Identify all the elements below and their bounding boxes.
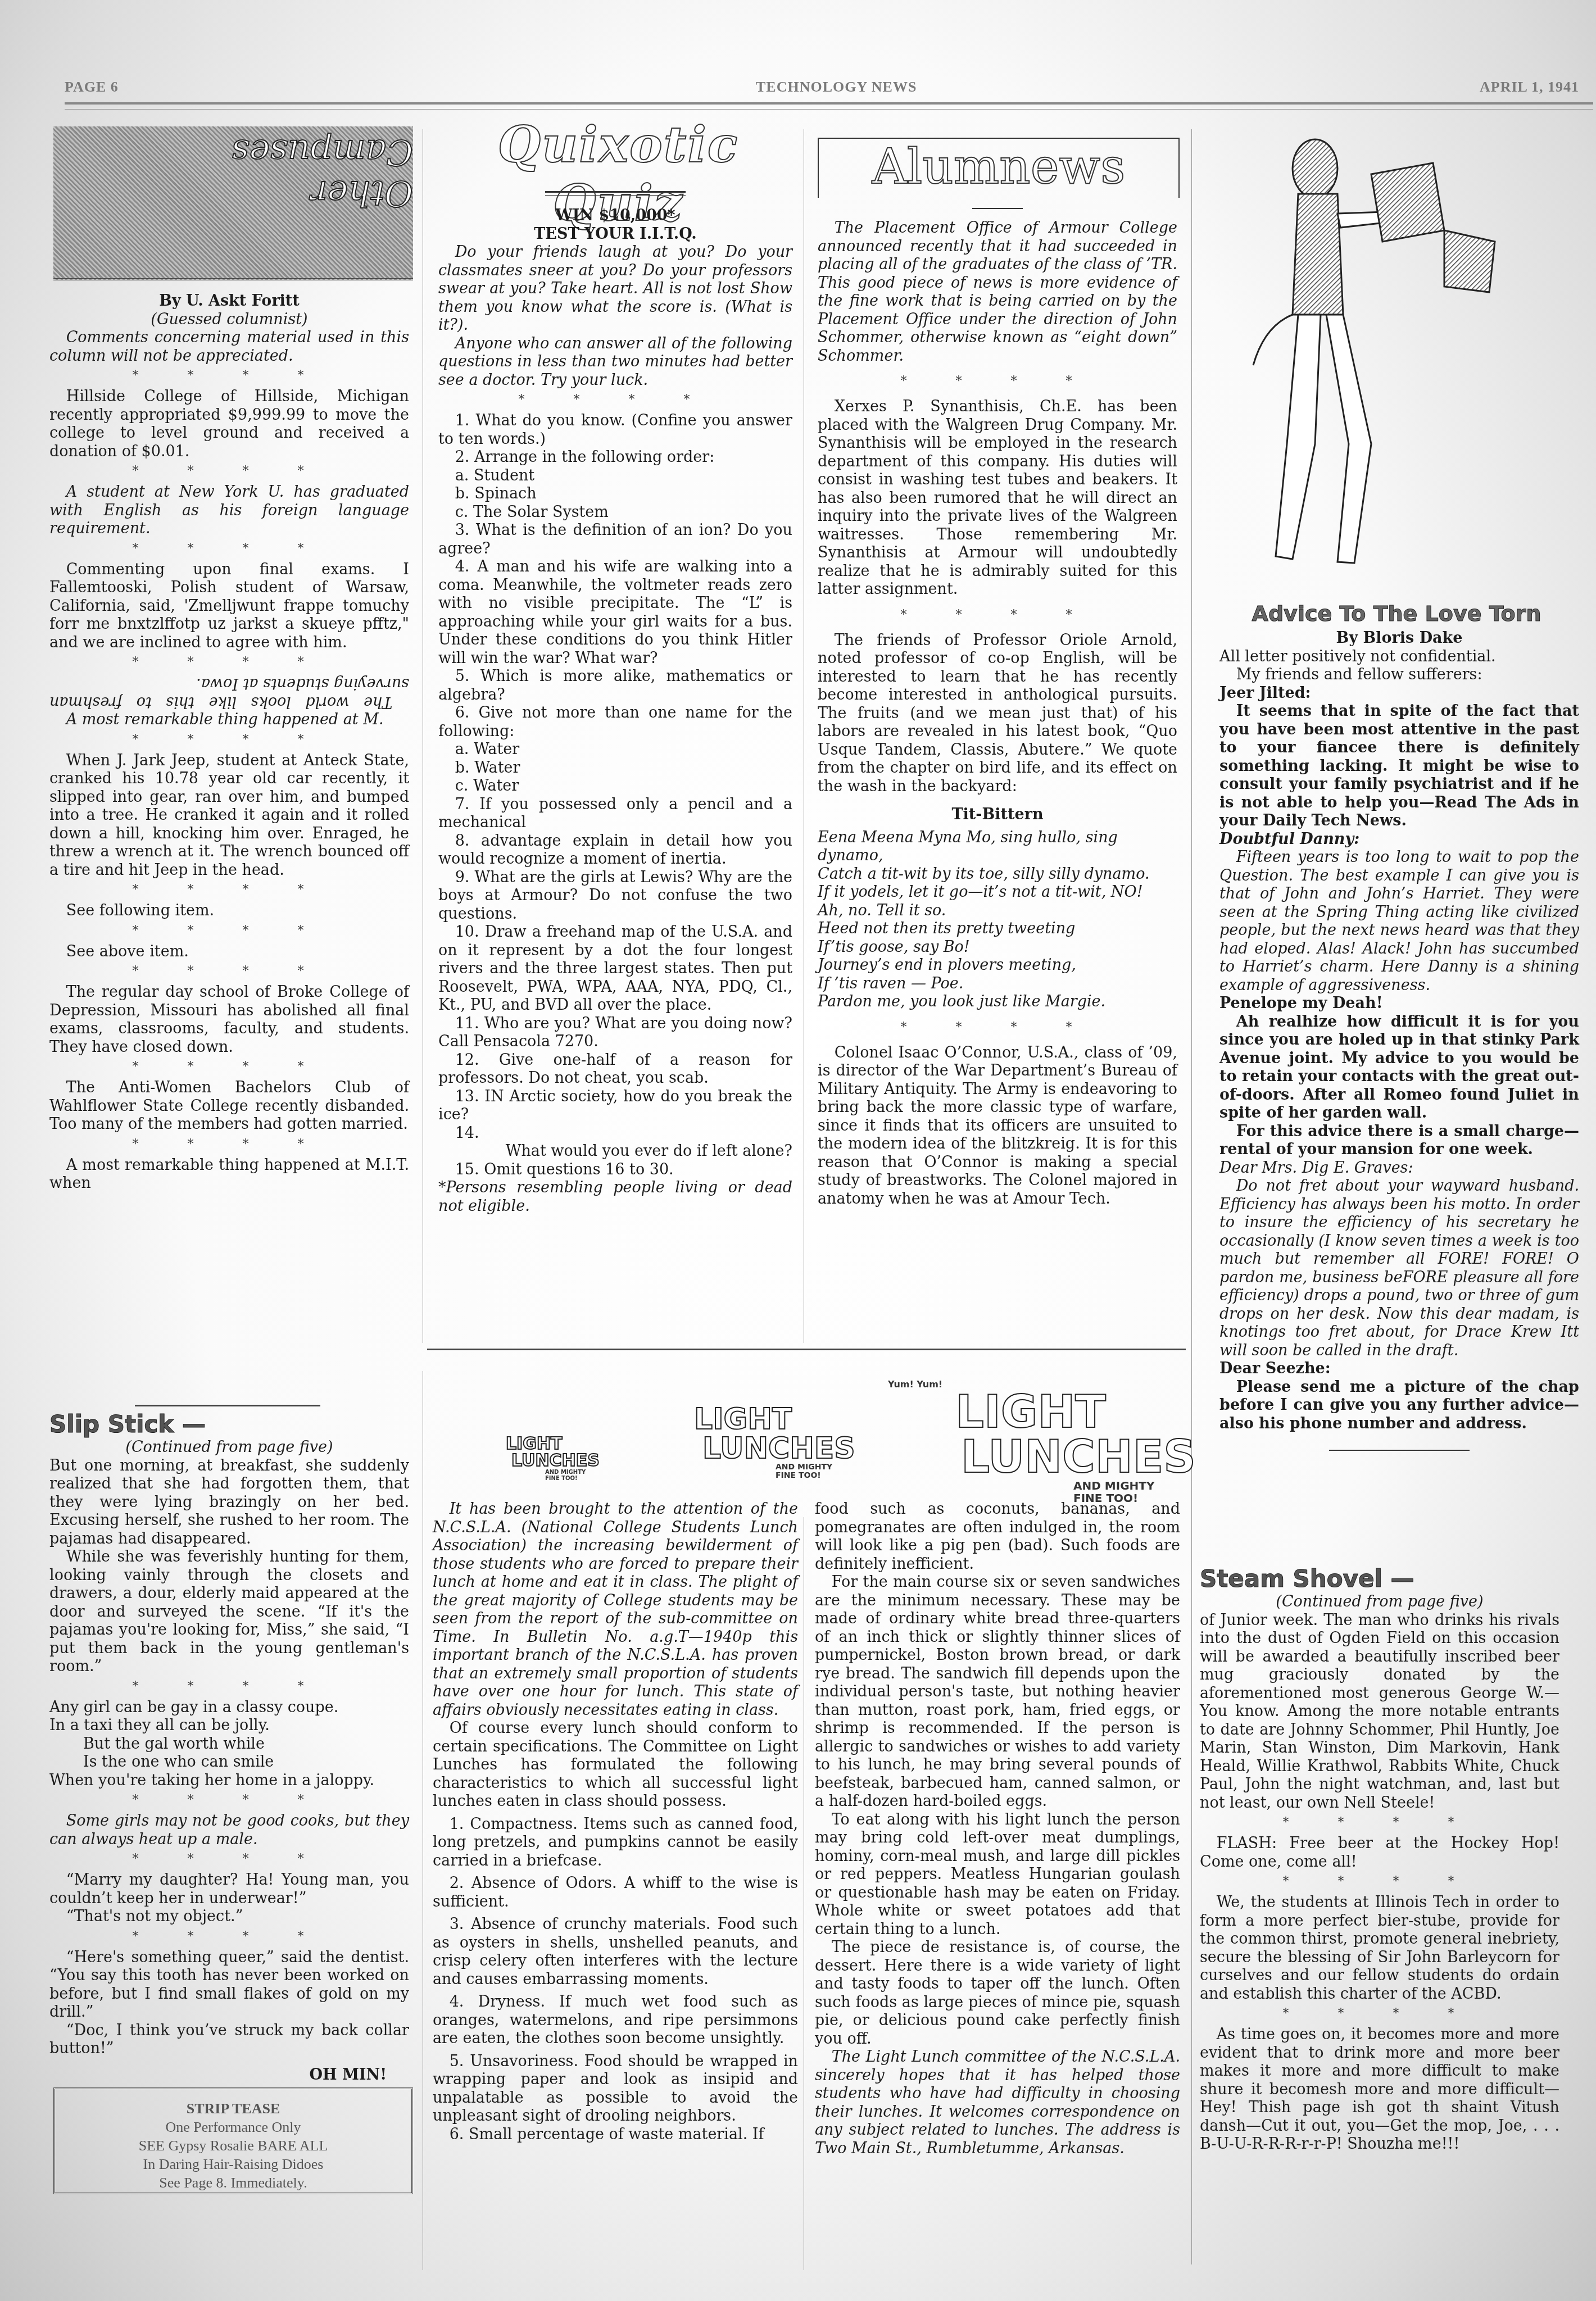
ad-line: See Page 8. Immediately. xyxy=(55,2173,411,2192)
note: All letter positively not confidential. xyxy=(1219,648,1579,666)
separator: * * * * xyxy=(49,1678,409,1695)
poem-title: Tit-Bittern xyxy=(818,806,1177,824)
upside-down-item: The world looks like this to freshman su… xyxy=(49,674,409,711)
column-divider xyxy=(423,129,423,1343)
separator: * * * * xyxy=(49,882,409,898)
title-rule xyxy=(545,191,686,193)
item: Commenting upon final exams. I Fallemtoo… xyxy=(49,561,409,652)
section-rule xyxy=(1329,1450,1470,1451)
light-lunches-logo-large: Yum! Yum! LIGHT LUNCHES AND MIGHTY FINE … xyxy=(888,1379,1196,1504)
letter-body: Please send me a picture of the chap bef… xyxy=(1219,1378,1579,1433)
alumnews-title: Alumnews xyxy=(819,139,1178,195)
paragraph: 6. Small percentage of waste material. I… xyxy=(433,2126,798,2144)
quiz-option: b. Spinach xyxy=(438,485,792,503)
quiz-question: 13. IN Arctic society, how do you break … xyxy=(438,1088,792,1124)
logo-tag: FINE TOO! xyxy=(663,1472,855,1480)
poem-line: Heed not then its pretty tweeting xyxy=(818,920,1177,938)
quiz-question: What would you ever do if left alone? xyxy=(438,1142,792,1161)
slip-stick-column: Slip Stick — (Continued from page five) … xyxy=(49,1410,409,2084)
quiz-question: 15. Omit questions 16 to 30. xyxy=(438,1161,792,1179)
paragraph: 2. Absence of Odors. A whiff to the wise… xyxy=(433,1875,798,1911)
section-rule xyxy=(427,1349,1186,1350)
paragraph: For the main course six or seven sandwic… xyxy=(815,1573,1180,1811)
logo-light: LIGHT xyxy=(888,1390,1196,1435)
poem-line: In a taxi they all can be jolly. xyxy=(49,1717,409,1735)
poem-line: Any girl can be gay in a classy coupe. xyxy=(49,1699,409,1717)
quiz-question: 8. advantage explain in detail how you w… xyxy=(438,832,792,869)
quiz-question: 6. Give not more than one name for the f… xyxy=(438,704,792,741)
paragraph: “That's not my object.” xyxy=(49,1908,409,1926)
poem-line: Catch a tit-wit by its toe, silly silly … xyxy=(818,865,1177,884)
separator: * * * * xyxy=(1200,1814,1559,1831)
quiz-question: 5. Which is more alike, mathematics or a… xyxy=(438,668,792,704)
paragraph: FLASH: Free beer at the Hockey Hop! Come… xyxy=(1200,1835,1559,1871)
column-divider xyxy=(804,129,804,1343)
title-rule xyxy=(972,208,1023,209)
paragraph: 1. Compactness. Items such as canned foo… xyxy=(433,1816,798,1871)
separator: * * * * xyxy=(1200,2005,1559,2022)
masthead: PAGE 6 TECHNOLOGY NEWS APRIL 1, 1941 xyxy=(65,79,1593,96)
paragraph: The friends of Professor Oriole Arnold, … xyxy=(818,632,1177,796)
letter-body: Ah realhize how difficult it is for you … xyxy=(1219,1013,1579,1123)
salutation: My friends and fellow sufferers: xyxy=(1219,666,1579,684)
item: The regular day school of Broke College … xyxy=(49,983,409,1056)
poem-line: If it yodels, let it go—it’s not a tit-w… xyxy=(818,883,1177,902)
masthead-rule-thin xyxy=(65,109,1593,110)
quiz-question: 12. Give one-half of a reason for profes… xyxy=(438,1051,792,1088)
separator: * * * * xyxy=(49,963,409,980)
separator: * * * * xyxy=(49,923,409,940)
separator: * * * * xyxy=(49,1851,409,1868)
poem-line: Ah, no. Tell it so. xyxy=(818,902,1177,920)
item: A most remarkable thing happened at M. xyxy=(49,711,409,729)
paragraph: 5. Unsavoriness. Food should be wrapped … xyxy=(433,2053,798,2126)
ad-line: One Performance Only xyxy=(55,2118,411,2136)
separator: * * * * xyxy=(49,1792,409,1809)
separator: * * * * xyxy=(49,541,409,557)
steam-shovel-title: Steam Shovel — xyxy=(1200,1565,1559,1593)
quiz-option: c. Water xyxy=(438,777,792,796)
letter-recipient: Dear Mrs. Dig E. Graves: xyxy=(1219,1159,1579,1178)
item: A student at New York U. has graduated w… xyxy=(49,483,409,538)
advice-title: Advice To The Love Torn xyxy=(1228,601,1565,626)
quiz-option: a. Student xyxy=(438,467,792,485)
paragraph: But one morning, at breakfast, she sudde… xyxy=(49,1457,409,1549)
quiz-intro: Anyone who can answer all of the followi… xyxy=(438,335,792,390)
letter-body: It seems that in spite of the fact that … xyxy=(1219,702,1579,830)
logo-lunches: LUNCHES xyxy=(663,1434,855,1463)
quiz-question: 1. What do you know. (Confine you answer… xyxy=(438,412,792,448)
quiz-option: a. Water xyxy=(438,741,792,759)
section-rule xyxy=(135,1405,320,1406)
quiz-test: TEST YOUR I.I.T.Q. xyxy=(438,225,792,244)
letter-recipient: Penelope my Deah! xyxy=(1219,995,1579,1013)
newspaper-page: PAGE 6 TECHNOLOGY NEWS APRIL 1, 1941 Oth… xyxy=(0,0,1596,2301)
pinup-illustration xyxy=(1231,129,1579,579)
continued-note: (Continued from page five) xyxy=(49,1438,409,1457)
quiz-question: 2. Arrange in the following order: xyxy=(438,448,792,467)
advice-column: By Bloris Dake All letter positively not… xyxy=(1219,629,1579,1451)
paragraph: As time goes on, it becomes more and mor… xyxy=(1200,2026,1559,2154)
poem-line: If’tis goose, say Bo! xyxy=(818,938,1177,957)
paragraph: “Here's something queer,” said the denti… xyxy=(49,1949,409,2022)
quiz-question: 4. A man and his wife are walking into a… xyxy=(438,558,792,668)
strip-tease-ad: STRIP TEASE One Performance Only SEE Gyp… xyxy=(53,2087,413,2194)
quiz-option: c. The Solar System xyxy=(438,503,792,522)
byline-sub: (Guessed columnist) xyxy=(49,311,409,329)
item: Hillside College of Hillside, Michigan r… xyxy=(49,388,409,461)
logo-tag: FINE TOO! xyxy=(483,1476,600,1482)
logo-lunches: LUNCHES xyxy=(483,1453,600,1469)
paragraph: of Junior week. The man who drinks his r… xyxy=(1200,1612,1559,1813)
letter-recipient: Dear Seezhe: xyxy=(1219,1360,1579,1378)
paragraph: While she was feverishly hunting for the… xyxy=(49,1548,409,1676)
separator: * * * * xyxy=(49,463,409,480)
other-campuses-label: Other Campuses xyxy=(183,132,413,214)
paper-name: TECHNOLOGY NEWS xyxy=(756,79,917,96)
paragraph: Colonel Isaac O’Connor, U.S.A., class of… xyxy=(818,1044,1177,1209)
quiz-column: WIN $10,000* TEST YOUR I.I.T.Q. Do your … xyxy=(438,191,792,1215)
continued-note: (Continued from page five) xyxy=(1200,1593,1559,1612)
logo-light: LIGHT xyxy=(483,1436,600,1453)
poem-line: Eena Meena Myna Mo, sing hullo, sing dyn… xyxy=(818,829,1177,865)
quiz-footnote: *Persons resembling people living or dea… xyxy=(438,1179,792,1215)
column-divider xyxy=(1191,129,1192,2264)
letter-body: For this advice there is a small charge—… xyxy=(1219,1123,1579,1159)
issue-date: APRIL 1, 1941 xyxy=(1480,79,1579,96)
paragraph: food such as coconuts, bananas, and pome… xyxy=(815,1500,1180,1573)
item: See above item. xyxy=(49,943,409,961)
ad-line: SEE Gypsy Rosalie BARE ALL xyxy=(55,2136,411,2155)
signoff: OH MIN! xyxy=(49,2066,409,2085)
slip-stick-title: Slip Stick — xyxy=(49,1410,409,1438)
ad-line: In Daring Hair-Raising Didoes xyxy=(55,2155,411,2173)
paragraph: The Light Lunch committee of the N.C.S.L… xyxy=(815,2048,1180,2158)
poem-line: When you're taking her home in a jaloppy… xyxy=(49,1772,409,1790)
quiz-intro: Do your friends laugh at you? Do your cl… xyxy=(438,243,792,335)
poem-line: But the gal worth while xyxy=(49,1735,409,1754)
light-lunches-left-column: It has been brought to the attention of … xyxy=(433,1500,798,2144)
byline: By U. Askt Foritt xyxy=(49,292,409,311)
paragraph: Of course every lunch should conform to … xyxy=(433,1719,798,1811)
separator: * * * * xyxy=(49,367,409,384)
other-campuses-column: By U. Askt Foritt (Guessed columnist) Co… xyxy=(49,292,409,1193)
quiz-question: 11. Who are you? What are you doing now?… xyxy=(438,1015,792,1051)
separator: * * * * xyxy=(49,732,409,748)
quiz-question: 9. What are the girls at Lewis? Why are … xyxy=(438,869,792,924)
separator: * * * * xyxy=(438,392,792,409)
column-divider xyxy=(423,1371,423,2270)
poem-line: Journey’s end in plovers meeting, xyxy=(818,956,1177,975)
item: A most remarkable thing happened at M.I.… xyxy=(49,1156,409,1193)
alumnews-column: The Placement Office of Armour College a… xyxy=(818,208,1177,1208)
paragraph: “Doc, I think you’ve struck my back coll… xyxy=(49,2022,409,2058)
separator: * * * * xyxy=(49,1928,409,1945)
quiz-question: 10. Draw a freehand map of the U.S.A. an… xyxy=(438,923,792,1015)
separator: * * * * xyxy=(49,1059,409,1075)
quiz-question: 3. What is the definition of an ion? Do … xyxy=(438,521,792,558)
quiz-option: b. Water xyxy=(438,759,792,778)
logo-lunches: LUNCHES xyxy=(888,1435,1196,1479)
separator: * * * * xyxy=(49,1136,409,1153)
title-rule xyxy=(545,195,686,196)
page-number: PAGE 6 xyxy=(65,79,119,96)
light-lunches-right-column: food such as coconuts, bananas, and pome… xyxy=(815,1500,1180,2158)
separator: * * * * xyxy=(49,654,409,671)
other-campuses-header-art: Other Campuses xyxy=(53,126,413,280)
column-divider xyxy=(804,1517,804,2270)
paragraph: To eat along with his light lunch the pe… xyxy=(815,1811,1180,1939)
ad-line: STRIP TEASE xyxy=(55,2099,411,2118)
steam-shovel-column: Steam Shovel — (Continued from page five… xyxy=(1200,1565,1559,2154)
item: See following item. xyxy=(49,902,409,920)
byline: By Bloris Dake xyxy=(1219,629,1579,648)
paragraph: The piece de resistance is, of course, t… xyxy=(815,1939,1180,2048)
letter-recipient: Doubtful Danny: xyxy=(1219,830,1579,849)
paragraph: Some girls may not be good cooks, but th… xyxy=(49,1812,409,1849)
letter-recipient: Jeer Jilted: xyxy=(1219,684,1579,703)
separator: * * * * xyxy=(1200,1873,1559,1890)
paragraph: It has been brought to the attention of … xyxy=(433,1500,798,1719)
masthead-rule xyxy=(65,102,1593,105)
letter-body: Fifteen years is too long to wait to pop… xyxy=(1219,848,1579,995)
item: The Anti-Women Bachelors Club of Wahlflo… xyxy=(49,1079,409,1134)
item: When J. Jark Jeep, student at Anteck Sta… xyxy=(49,752,409,880)
paragraph: 3. Absence of crunchy materials. Food su… xyxy=(433,1916,798,1989)
separator: * * * * xyxy=(818,373,1177,390)
column-intro: Comments concerning material used in thi… xyxy=(49,329,409,365)
poem-line: Pardon me, you look just like Margie. xyxy=(818,993,1177,1011)
light-lunches-banner: LIGHT LUNCHES AND MIGHTY FINE TOO! LIGHT… xyxy=(450,1371,1180,1512)
separator: * * * * xyxy=(818,607,1177,624)
poem-line: If ’tis raven — Poe. xyxy=(818,975,1177,993)
quiz-question: 14. xyxy=(438,1124,792,1143)
paragraph: We, the students at Illinois Tech in ord… xyxy=(1200,1894,1559,2003)
paragraph: Xerxes P. Synanthisis, Ch.E. has been pl… xyxy=(818,398,1177,599)
logo-light: LIGHT xyxy=(663,1405,855,1434)
poem-line: Is the one who can smile xyxy=(49,1753,409,1772)
paragraph: The Placement Office of Armour College a… xyxy=(818,219,1177,365)
quiz-question: 7. If you possessed only a pencil and a … xyxy=(438,796,792,832)
light-lunches-logo-small: LIGHT LUNCHES AND MIGHTY FINE TOO! xyxy=(483,1436,600,1482)
quiz-win: WIN $10,000* xyxy=(438,207,792,225)
paragraph: “Marry my daughter? Ha! Young man, you c… xyxy=(49,1871,409,1908)
paragraph: 4. Dryness. If much wet food such as ora… xyxy=(433,1993,798,2048)
separator: * * * * xyxy=(818,1019,1177,1036)
light-lunches-logo-medium: LIGHT LUNCHES AND MIGHTY FINE TOO! xyxy=(663,1405,855,1481)
alumnews-title-box: Alumnews xyxy=(818,138,1180,198)
letter-body: Do not fret about your wayward husband. … xyxy=(1219,1177,1579,1360)
